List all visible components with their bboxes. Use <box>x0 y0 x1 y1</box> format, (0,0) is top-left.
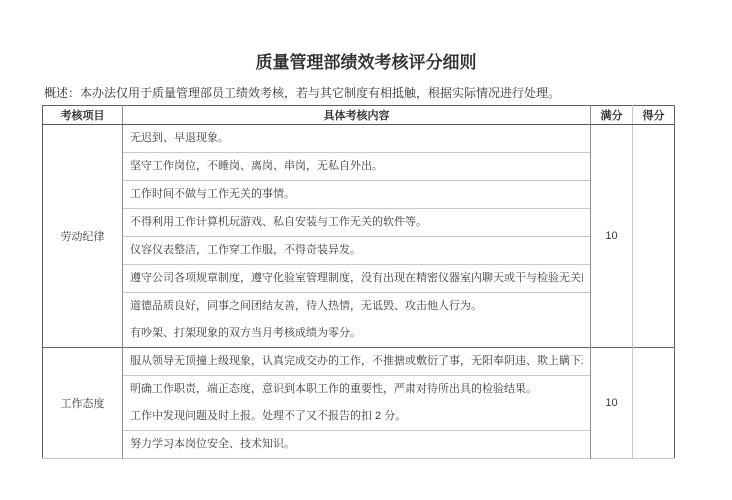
overview-text: 概述：本办法仅用于质量管理部员工绩效考核，若与其它制度有相抵触，根据实际情况进行… <box>44 85 732 102</box>
max-score-cell: 10 <box>591 125 633 348</box>
table-row: 不得利用工作计算机玩游戏、私自安装与工作无关的软件等。 <box>43 209 675 237</box>
category-cell: 工作态度 <box>43 348 123 459</box>
table-row: 明确工作职责，端正态度，意识到本职工作的重要性，严肃对待所出具的检验结果。工作中… <box>43 376 675 431</box>
category-cell: 劳动纪律 <box>43 125 123 348</box>
criteria-line: 仪容仪表整洁，工作穿工作服，不得奇装异发。 <box>130 243 583 258</box>
criteria-line: 坚守工作岗位，不睡岗、离岗、串岗，无私自外出。 <box>130 159 583 174</box>
criteria-line: 工作时间不做与工作无关的事情。 <box>130 187 583 202</box>
table-row: 坚守工作岗位，不睡岗、离岗、串岗，无私自外出。 <box>43 153 675 181</box>
criteria-cell: 明确工作职责，端正态度，意识到本职工作的重要性，严肃对待所出具的检验结果。工作中… <box>123 376 591 431</box>
table-row: 努力学习本岗位安全、技术知识。 <box>43 431 675 459</box>
page-title: 质量管理部绩效考核评分细则 <box>0 52 732 74</box>
table-row: 遵守公司各项规章制度，遵守化验室管理制度，没有出现在精密仪器室内聊天或干与检验无… <box>43 265 675 293</box>
criteria-cell: 无迟到、早退现象。 <box>123 125 591 153</box>
table-row: 仪容仪表整洁，工作穿工作服，不得奇装异发。 <box>43 237 675 265</box>
score-cell <box>633 348 675 459</box>
criteria-line: 有吵架、打架现象的双方当月考核成绩为零分。 <box>130 326 583 341</box>
table-header-row: 考核项目 具体考核内容 满分 得分 <box>43 106 675 125</box>
header-item: 考核项目 <box>43 106 123 125</box>
score-cell <box>633 125 675 348</box>
table-row: 道德品质良好，同事之间团结友善，待人热情，无诋毁、攻击他人行为。有吵架、打架现象… <box>43 293 675 348</box>
table-row: 工作时间不做与工作无关的事情。 <box>43 181 675 209</box>
criteria-line: 遵守公司各项规章制度，遵守化验室管理制度，没有出现在精密仪器室内聊天或干与检验无… <box>130 271 583 286</box>
table-row: 劳动纪律无迟到、早退现象。10 <box>43 125 675 153</box>
criteria-cell: 努力学习本岗位安全、技术知识。 <box>123 431 591 459</box>
criteria-cell: 坚守工作岗位，不睡岗、离岗、串岗，无私自外出。 <box>123 153 591 181</box>
criteria-cell: 道德品质良好，同事之间团结友善，待人热情，无诋毁、攻击他人行为。有吵架、打架现象… <box>123 293 591 348</box>
header-max-score: 满分 <box>591 106 633 125</box>
assessment-table: 考核项目 具体考核内容 满分 得分 劳动纪律无迟到、早退现象。10坚守工作岗位，… <box>42 105 675 459</box>
header-content: 具体考核内容 <box>123 106 591 125</box>
table-row: 工作态度服从领导无顶撞上级现象，认真完成交办的工作，不推搪或敷衍了事，无阳奉阴违… <box>43 348 675 376</box>
criteria-cell: 服从领导无顶撞上级现象，认真完成交办的工作，不推搪或敷衍了事，无阳奉阴违、欺上瞒… <box>123 348 591 376</box>
max-score-cell: 10 <box>591 348 633 459</box>
header-score: 得分 <box>633 106 675 125</box>
criteria-line: 无迟到、早退现象。 <box>130 131 583 146</box>
criteria-cell: 仪容仪表整洁，工作穿工作服，不得奇装异发。 <box>123 237 591 265</box>
criteria-line: 不得利用工作计算机玩游戏、私自安装与工作无关的软件等。 <box>130 215 583 230</box>
criteria-line: 服从领导无顶撞上级现象，认真完成交办的工作，不推搪或敷衍了事，无阳奉阴违、欺上瞒… <box>130 354 583 369</box>
criteria-line: 道德品质良好，同事之间团结友善，待人热情，无诋毁、攻击他人行为。 <box>130 299 583 314</box>
criteria-line: 工作中发现问题及时上报。处理不了又不报告的扣 2 分。 <box>130 409 583 424</box>
criteria-cell: 不得利用工作计算机玩游戏、私自安装与工作无关的软件等。 <box>123 209 591 237</box>
criteria-cell: 遵守公司各项规章制度，遵守化验室管理制度，没有出现在精密仪器室内聊天或干与检验无… <box>123 265 591 293</box>
criteria-line: 明确工作职责，端正态度，意识到本职工作的重要性，严肃对待所出具的检验结果。 <box>130 382 583 397</box>
table-body: 劳动纪律无迟到、早退现象。10坚守工作岗位，不睡岗、离岗、串岗，无私自外出。工作… <box>43 125 675 459</box>
criteria-line: 努力学习本岗位安全、技术知识。 <box>130 437 583 452</box>
criteria-cell: 工作时间不做与工作无关的事情。 <box>123 181 591 209</box>
